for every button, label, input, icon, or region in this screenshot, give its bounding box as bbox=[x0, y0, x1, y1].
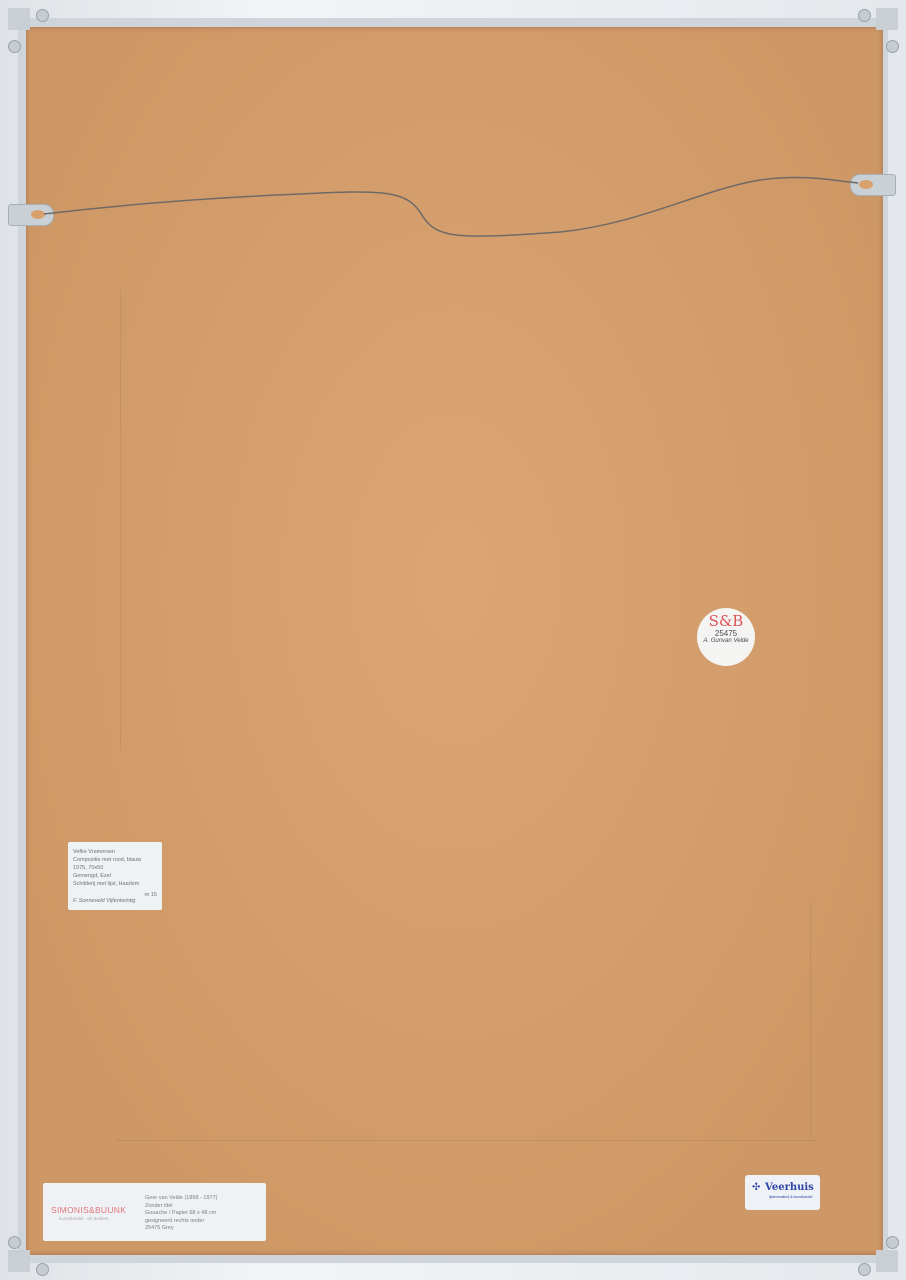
framer-sub: lijstenmakerij & kunsthandel bbox=[769, 1195, 812, 1199]
dealer-line: Geer van Velde (1898 - 1977) bbox=[145, 1195, 217, 1203]
dealer-brand: SIMONIS&BUUNK bbox=[51, 1205, 126, 1215]
label-line: Schilderij met lijst, Haarlem bbox=[73, 880, 157, 888]
dealer-line: gesigneerd rechts onder bbox=[145, 1218, 217, 1226]
sticker-logo: S&B bbox=[697, 612, 755, 630]
dealer-line: Gouache / Papier 68 x 48 cm bbox=[145, 1210, 217, 1218]
label-line: 1975, 70x50 bbox=[73, 864, 157, 872]
dealer-line: 25475 Grey bbox=[145, 1225, 217, 1233]
label-line: Compositie met rood, blauw bbox=[73, 856, 157, 864]
framer-emblem-icon: ✣ bbox=[752, 1182, 760, 1193]
hanging-wire bbox=[0, 0, 906, 1280]
label-signature: F. Sonneveld Vijfentwintig bbox=[73, 898, 157, 904]
label-line: Gemengd, Ezel bbox=[73, 872, 157, 880]
round-sticker: S&B 25475 A. Gunvan Velde bbox=[697, 608, 755, 666]
dealer-line: Zonder titel bbox=[145, 1203, 217, 1211]
dealer-tagline: kunsthandel · art dealers bbox=[59, 1216, 109, 1221]
framer-label: ✣ Veerhuis lijstenmakerij & kunsthandel bbox=[745, 1175, 820, 1210]
sticker-signature: A. Gunvan Velde bbox=[697, 638, 755, 644]
framer-logo: Veerhuis bbox=[765, 1182, 814, 1193]
dealer-label: SIMONIS&BUUNK kunsthandel · art dealers … bbox=[43, 1183, 266, 1241]
sticker-number: 25475 bbox=[697, 629, 755, 638]
small-label: Vefke Vramersen Compositie met rood, bla… bbox=[68, 842, 162, 910]
label-line: Vefke Vramersen bbox=[73, 848, 157, 856]
